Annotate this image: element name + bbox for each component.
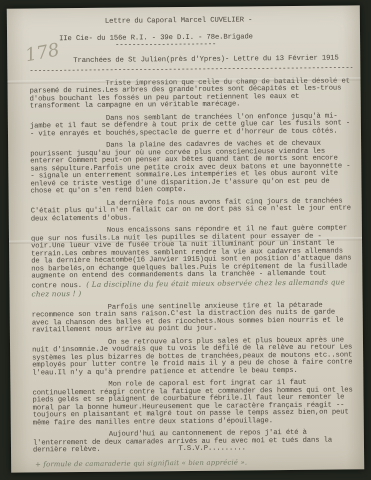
letter-paragraph: On se retrouve alors plus sales et plus … bbox=[32, 337, 355, 378]
letter-paragraph: La dernière fois nous avons fait cinq jo… bbox=[31, 198, 354, 224]
letter-title: Lettre du Caporal Marcel CUVELIER - bbox=[105, 16, 352, 26]
location-date-line: Tranchées de St Julien(près d'Ypres)- Le… bbox=[73, 55, 352, 65]
handwritten-footnote: + formule de camaraderie qui signifiait … bbox=[35, 458, 247, 468]
letter-paragraph: Mon role de caporal est fort ingrat car … bbox=[32, 379, 355, 427]
letter-paragraph: Dans la plaine des cadavres de vaches et… bbox=[30, 140, 353, 196]
letter-paragraph: Triste impression que celle du champ de … bbox=[29, 78, 352, 111]
margin-page-number: 178 bbox=[24, 39, 62, 66]
tsvp-note: T.S.V.P......... bbox=[178, 444, 245, 453]
divider-long: ----------------------------------------… bbox=[29, 65, 352, 75]
letter-paragraph: Parfois une sentinelle anxieuse tire et … bbox=[32, 302, 355, 335]
letter-paragraph: Nous encaissons sans répondre et il ne f… bbox=[31, 225, 355, 300]
divider-short: ------------------------ bbox=[115, 40, 352, 48]
letter-page: 178 Lettre du Caporal Marcel CUVELIER - … bbox=[7, 5, 364, 472]
letter-paragraph: Dans nos semblant de tranchées l'on enfo… bbox=[30, 113, 353, 139]
letter-paragraph: Aujourd'hui au cantonnement de repos j'a… bbox=[33, 429, 356, 455]
